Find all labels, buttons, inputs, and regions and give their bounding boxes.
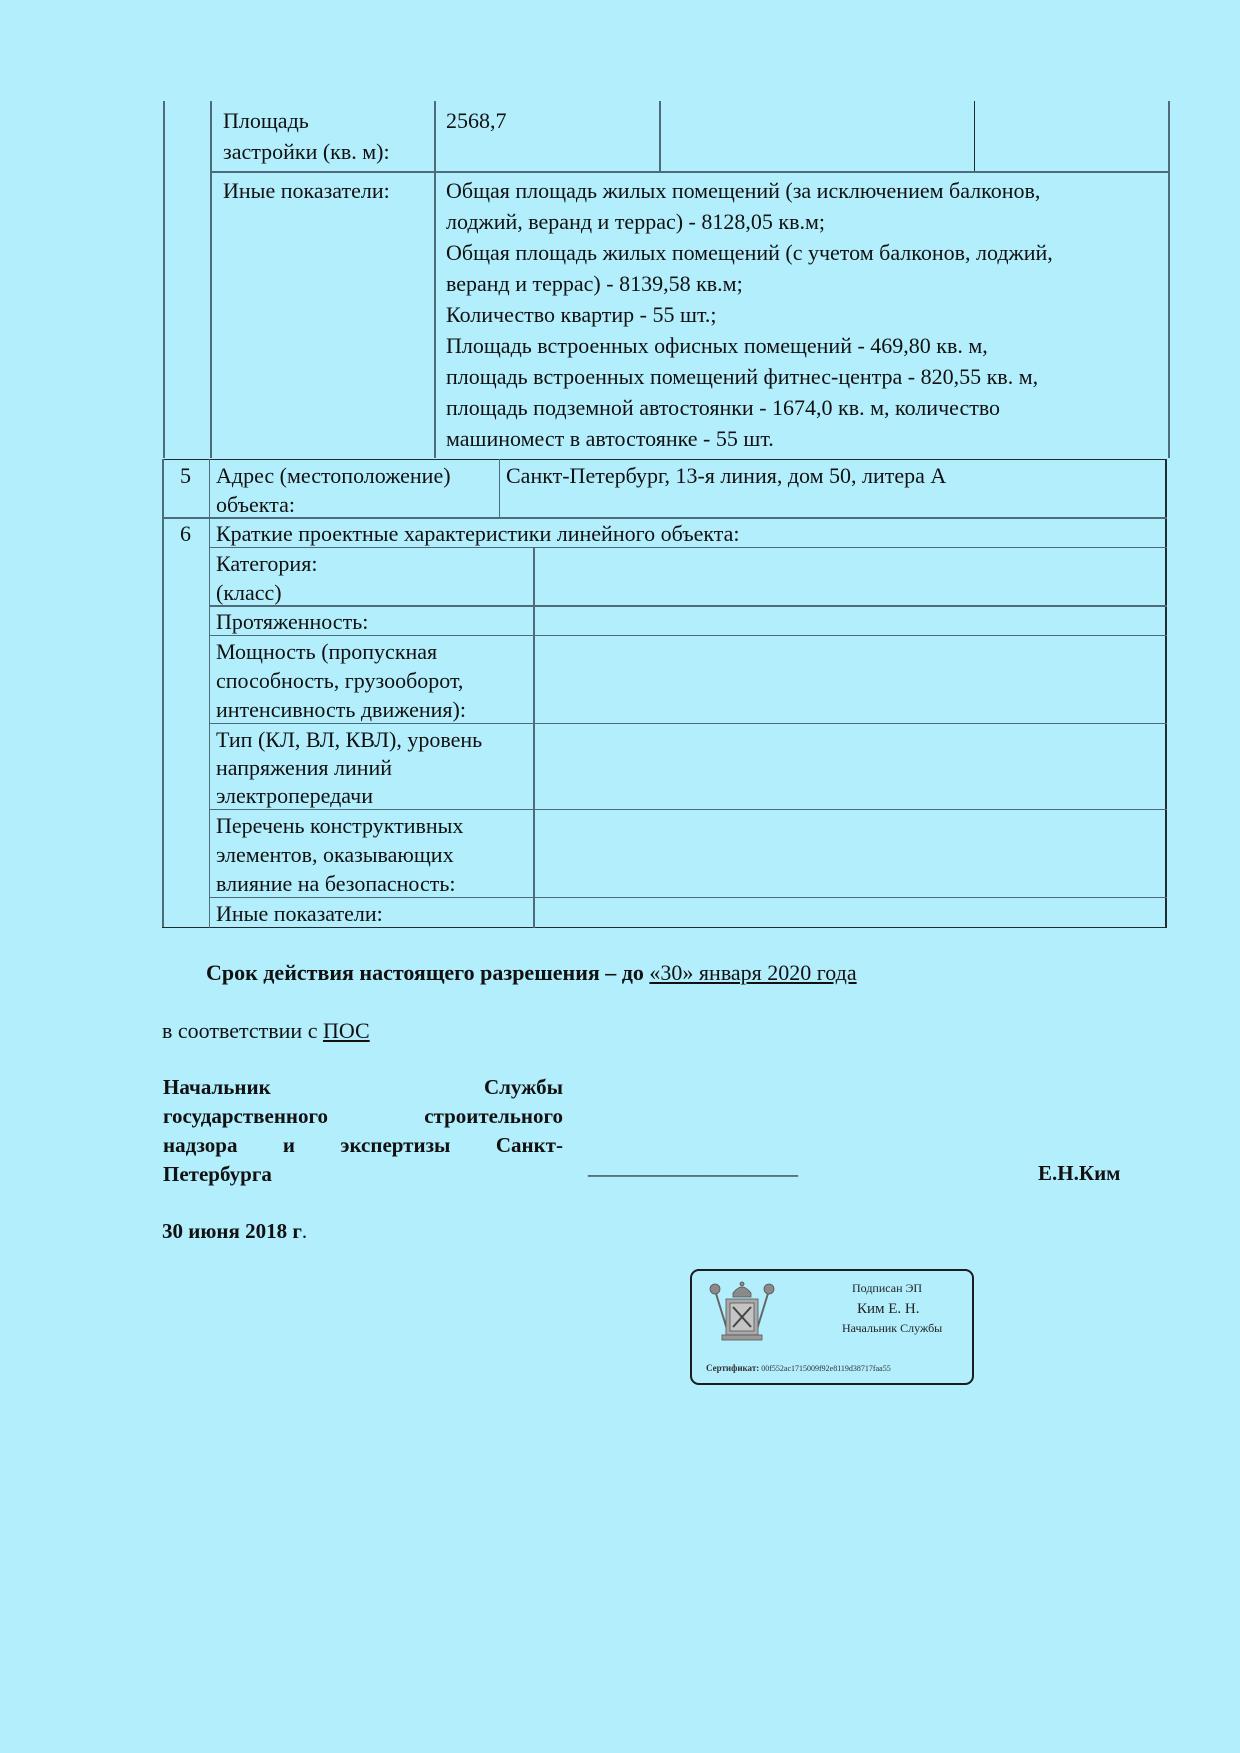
power-line-type-label: Тип (КЛ, ВЛ, КВЛ), уровень xyxy=(216,725,482,754)
category-label: Категория: xyxy=(216,549,317,578)
certificate-label: Сертификат: xyxy=(706,1363,759,1373)
title-word: Санкт- xyxy=(496,1131,563,1160)
accordance-prefix: в соответствии с xyxy=(162,1018,323,1043)
category-label: (класс) xyxy=(216,578,282,607)
table-border xyxy=(162,459,164,928)
area-label-line2: застройки (кв. м): xyxy=(223,136,390,167)
other-line: площадь встроенных помещений фитнес-цент… xyxy=(446,361,1038,392)
stamp-signed-label: Подписан ЭП xyxy=(852,1281,922,1296)
validity-prefix: Срок действия настоящего разрешения – до xyxy=(206,960,649,985)
structural-elements-label: влияние на безопасность: xyxy=(216,869,455,898)
capacity-label: интенсивность движения): xyxy=(216,695,466,724)
validity-statement: Срок действия настоящего разрешения – до… xyxy=(206,957,857,988)
accordance-doc: ПОС xyxy=(323,1018,370,1043)
other-line: лоджий, веранд и террас) - 8128,05 кв.м; xyxy=(446,206,825,237)
address-label-line2: объекта: xyxy=(216,490,295,519)
accordance-statement: в соответствии с ПОС xyxy=(162,1015,370,1046)
row-number: 6 xyxy=(180,519,191,548)
title-word: экспертизы xyxy=(340,1131,450,1160)
electronic-signature-stamp: Подписан ЭП Ким Е. Н. Начальник Службы С… xyxy=(690,1269,974,1385)
table-border xyxy=(209,459,210,928)
certificate-value: 00f552ac1715009f92e8119d38717faa55 xyxy=(761,1364,890,1373)
other-line: веранд и террас) - 8139,58 кв.м; xyxy=(446,268,743,299)
signature-date-text: 30 июня 2018 г xyxy=(162,1219,302,1243)
length-label: Протяженность: xyxy=(216,607,368,636)
other-line: машиномест в автостоянке - 55 шт. xyxy=(446,423,774,454)
other-line: Общая площадь жилых помещений (с учетом … xyxy=(446,237,1053,268)
linear-object-heading: Краткие проектные характеристики линейно… xyxy=(216,519,740,548)
area-label-line1: Площадь xyxy=(223,105,309,136)
signatory-title: НачальникСлужбы государственногостроител… xyxy=(163,1073,563,1189)
title-word: Петербурга xyxy=(163,1162,272,1186)
other-line: Количество квартир - 55 шт.; xyxy=(446,299,717,330)
stamp-signer-name: Ким Е. Н. xyxy=(857,1301,920,1318)
title-word: и xyxy=(283,1131,295,1160)
capacity-label: способность, грузооборот, xyxy=(216,666,463,695)
table-border xyxy=(163,101,165,458)
table-border xyxy=(1168,101,1170,458)
table-border xyxy=(1165,459,1167,928)
table-border xyxy=(499,459,500,517)
address-value: Санкт-Петербург, 13-я линия, дом 50, лит… xyxy=(506,461,946,490)
table-border xyxy=(659,101,661,172)
table-border xyxy=(162,459,1167,460)
title-word: Службы xyxy=(484,1073,563,1102)
signature-date-tail: . xyxy=(302,1219,307,1243)
other-indicators-label: Иные показатели: xyxy=(216,899,383,928)
table-border xyxy=(210,101,212,458)
title-word: Начальник xyxy=(163,1073,271,1102)
saint-petersburg-coat-of-arms-icon xyxy=(706,1279,778,1347)
other-line: Общая площадь жилых помещений (за исключ… xyxy=(446,175,1040,206)
title-word: надзора xyxy=(163,1131,237,1160)
signatory-name: Е.Н.Ким xyxy=(1038,1161,1120,1185)
power-line-type-label: электропередачи xyxy=(216,781,373,810)
title-word: государственного xyxy=(163,1102,328,1131)
other-line: Площадь встроенных офисных помещений - 4… xyxy=(446,330,988,361)
table-border xyxy=(434,101,436,458)
table-border xyxy=(533,547,535,928)
signature-date: 30 июня 2018 г. xyxy=(162,1216,307,1247)
other-line: площадь подземной автостоянки - 1674,0 к… xyxy=(446,392,1000,423)
capacity-label: Мощность (пропускная xyxy=(216,637,437,666)
power-line-type-label: напряжения линий xyxy=(216,753,392,782)
stamp-certificate: Сертификат: 00f552ac1715009f92e8119d3871… xyxy=(706,1363,891,1373)
structural-elements-label: элементов, оказывающих xyxy=(216,840,454,869)
title-word: строительного xyxy=(424,1102,563,1131)
address-label-line1: Адрес (местоположение) xyxy=(216,461,451,490)
validity-date: «30» января 2020 года xyxy=(649,960,856,985)
stamp-signer-position: Начальник Службы xyxy=(842,1321,942,1336)
row-number: 5 xyxy=(180,461,191,490)
area-value: 2568,7 xyxy=(446,105,507,136)
signature-line: ____________________ xyxy=(588,1155,798,1179)
structural-elements-label: Перечень конструктивных xyxy=(216,811,463,840)
table-border xyxy=(974,101,975,172)
table-border xyxy=(210,171,1170,173)
other-indicators-label: Иные показатели: xyxy=(223,175,390,206)
